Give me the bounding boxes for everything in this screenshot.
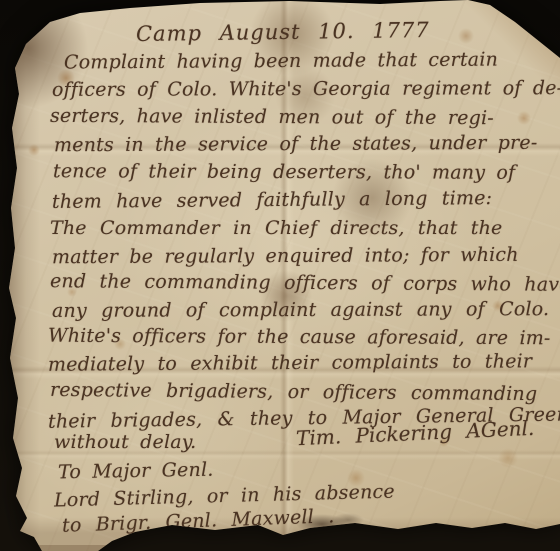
address-line-1: To Major Genl. [58, 459, 214, 484]
letter-paper: Camp August 10. 1777 Complaint having be… [0, 0, 560, 551]
address-line-2: Lord Stirling, or in his absence [54, 481, 395, 512]
letter-document: Camp August 10. 1777 Complaint having be… [0, 0, 560, 551]
address-block: To Major Genl. Lord Stirling, or in his … [0, 0, 560, 551]
scan-background: Camp August 10. 1777 Complaint having be… [0, 0, 560, 551]
